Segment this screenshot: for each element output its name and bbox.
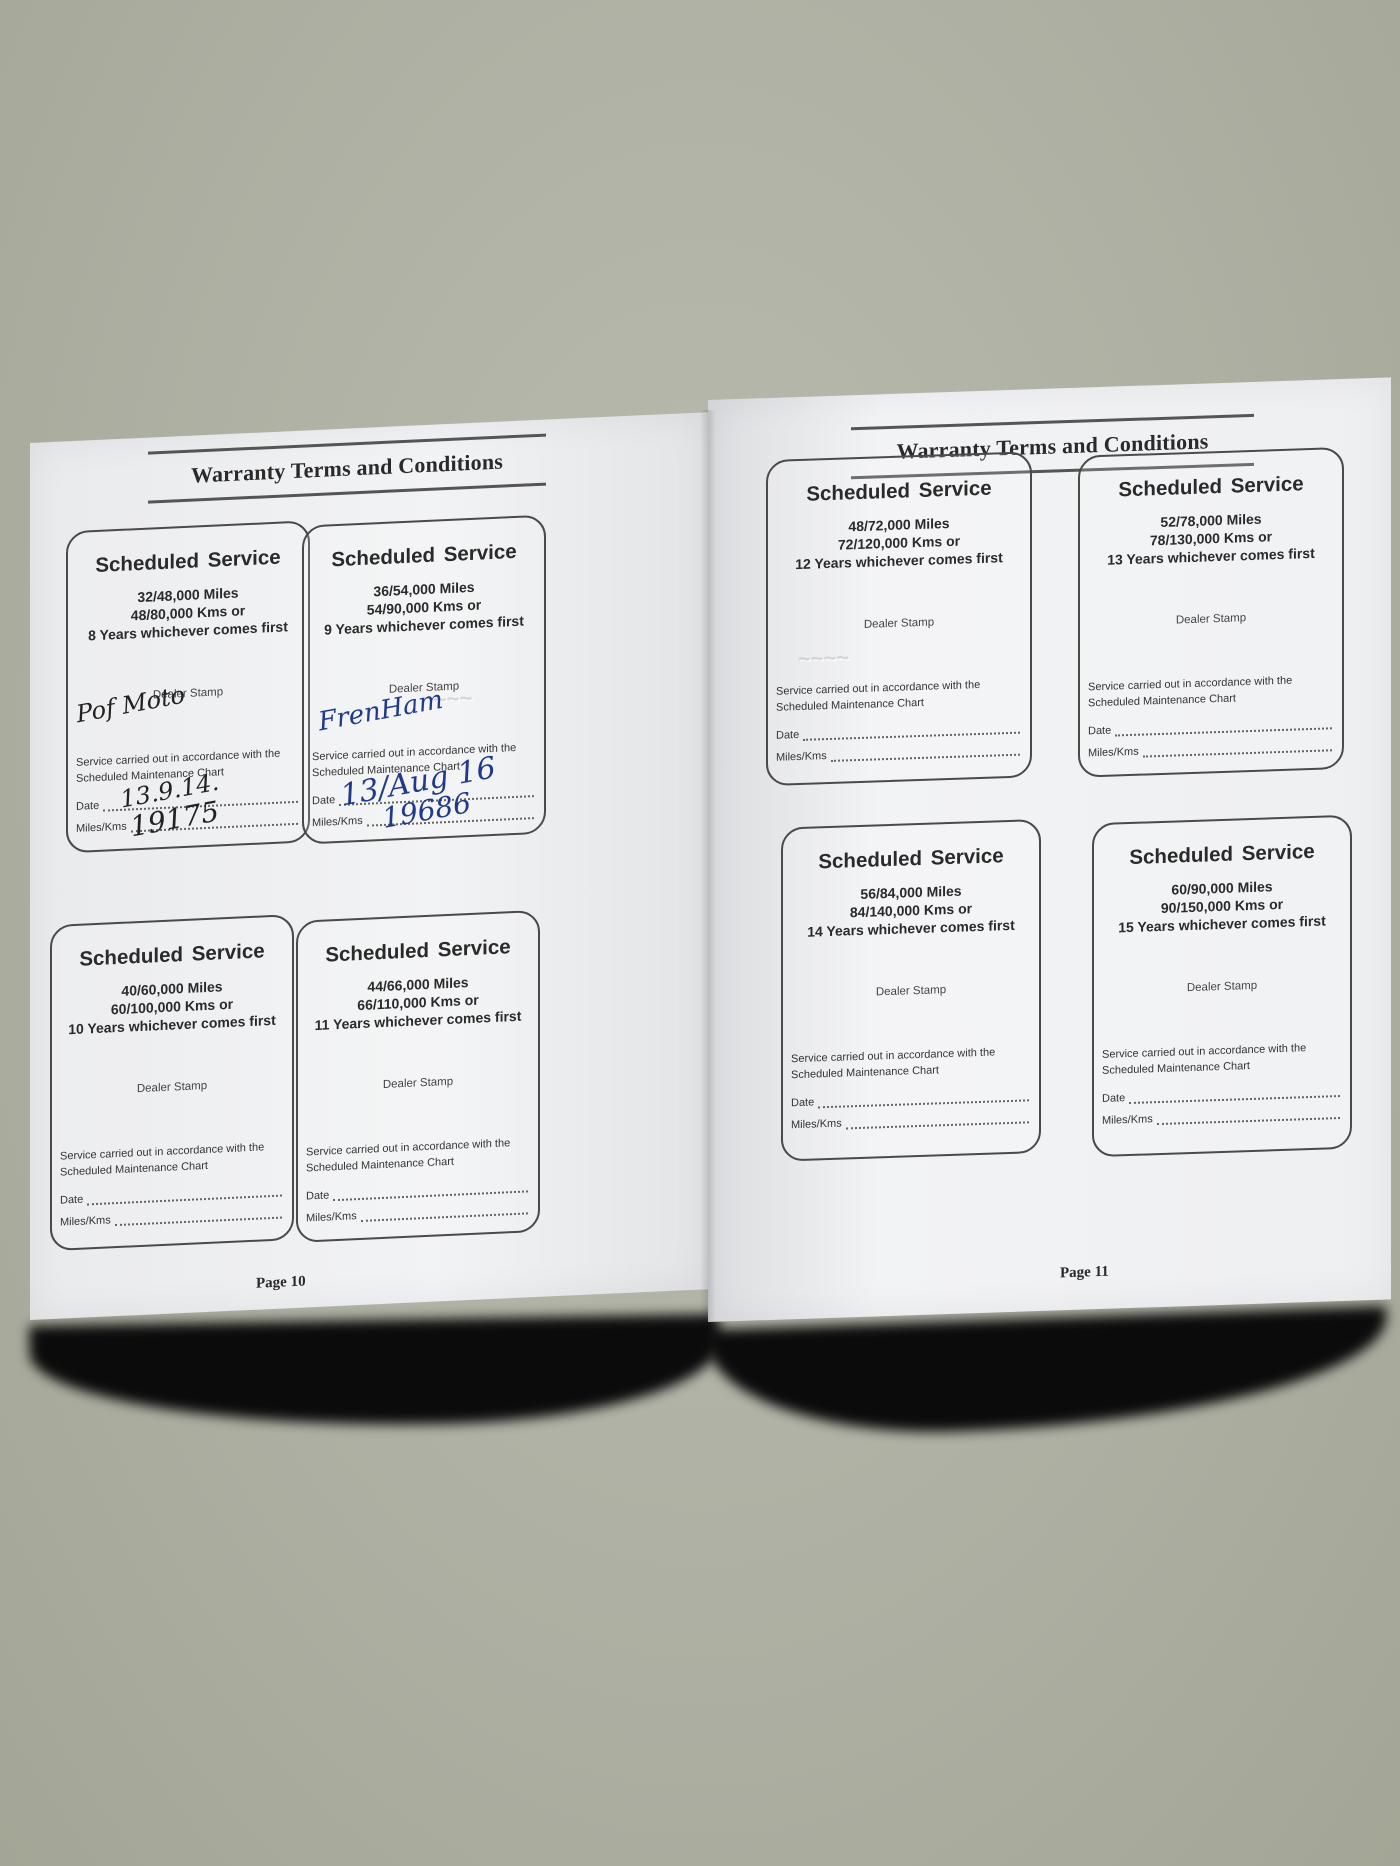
- service-note: Service carried out in accordance with t…: [306, 1134, 532, 1176]
- service-card: Scheduled Service 36/54,000 Miles 54/90,…: [302, 515, 546, 845]
- date-field[interactable]: Date: [776, 722, 1020, 742]
- service-card: Scheduled Service 44/66,000 Miles 66/110…: [296, 910, 540, 1243]
- card-title: Scheduled Service: [304, 539, 544, 574]
- miles-field[interactable]: Miles/Kms: [776, 744, 1020, 764]
- dealer-stamp-label: Dealer Stamp: [52, 1076, 292, 1099]
- date-label: Date: [776, 729, 799, 742]
- date-field[interactable]: Date: [60, 1185, 282, 1207]
- dealer-stamp-label: Dealer Stamp: [768, 613, 1030, 634]
- miles-field[interactable]: Miles/Kms: [791, 1111, 1029, 1131]
- service-card: Scheduled Service 56/84,000 Miles 84/140…: [781, 819, 1041, 1162]
- miles-field[interactable]: Miles/Kms: [60, 1207, 282, 1229]
- date-dotted-line: [803, 722, 1020, 741]
- card-title: Scheduled Service: [68, 544, 308, 579]
- date-field[interactable]: Date: [791, 1089, 1029, 1109]
- date-dotted-line: [1115, 717, 1332, 736]
- handwritten-stamp: Pof Moto: [75, 681, 187, 729]
- page-header: Warranty Terms and Conditions: [148, 434, 546, 504]
- date-label: Date: [1102, 1092, 1125, 1105]
- card-title: Scheduled Service: [1080, 471, 1342, 504]
- miles-dotted-line: [1157, 1107, 1340, 1125]
- service-card: Scheduled Service 52/78,000 Miles 78/130…: [1078, 447, 1344, 778]
- date-label: Date: [312, 794, 335, 807]
- miles-label: Miles/Kms: [1102, 1113, 1153, 1127]
- service-card: Scheduled Service 60/90,000 Miles 90/150…: [1092, 815, 1352, 1158]
- miles-dotted-line: [831, 744, 1020, 762]
- booklet-spine: [700, 410, 716, 1330]
- dealer-stamp-label: Dealer Stamp: [1094, 977, 1350, 997]
- miles-dotted-line: [1143, 739, 1332, 757]
- date-label: Date: [60, 1194, 83, 1207]
- service-note: Service carried out in accordance with t…: [791, 1043, 1033, 1083]
- miles-label: Miles/Kms: [306, 1210, 357, 1224]
- card-title: Scheduled Service: [1094, 839, 1350, 871]
- date-label: Date: [791, 1096, 814, 1109]
- card-title: Scheduled Service: [52, 938, 292, 973]
- miles-label: Miles/Kms: [776, 750, 827, 764]
- date-label: Date: [76, 800, 99, 813]
- date-label: Date: [1088, 725, 1111, 738]
- miles-label: Miles/Kms: [312, 815, 363, 829]
- miles-label: Miles/Kms: [60, 1214, 111, 1228]
- date-label: Date: [306, 1189, 329, 1202]
- miles-field[interactable]: Miles/Kms: [1088, 739, 1332, 759]
- card-title: Scheduled Service: [768, 475, 1030, 508]
- miles-field[interactable]: Miles/Kms: [1102, 1107, 1340, 1127]
- miles-dotted-line: [115, 1207, 282, 1227]
- date-dotted-line: [818, 1089, 1029, 1108]
- date-field[interactable]: Date: [1102, 1085, 1340, 1105]
- page-10: Warranty Terms and Conditions Scheduled …: [30, 412, 708, 1320]
- dealer-stamp-label: Dealer Stamp: [1080, 609, 1342, 630]
- date-field[interactable]: Date: [306, 1180, 528, 1202]
- miles-dotted-line: [361, 1202, 528, 1222]
- service-card: Scheduled Service 32/48,000 Miles 48/80,…: [66, 520, 310, 853]
- booklet-shadow-right: [706, 1306, 1389, 1440]
- miles-label: Miles/Kms: [1088, 746, 1139, 760]
- service-note: Service carried out in accordance with t…: [60, 1138, 286, 1180]
- miles-field[interactable]: Miles/Kms: [306, 1202, 528, 1224]
- service-card: Scheduled Service 48/72,000 Miles 72/120…: [766, 451, 1032, 786]
- page-11: Warranty Terms and Conditions Scheduled …: [708, 377, 1391, 1322]
- service-note: Service carried out in accordance with t…: [1088, 671, 1336, 711]
- embossed-stamp-mark: ~~~~: [798, 645, 849, 673]
- page-number: Page 11: [1060, 1264, 1109, 1283]
- photo-scene: Warranty Terms and Conditions Scheduled …: [0, 0, 1400, 1866]
- date-field[interactable]: Date: [1088, 717, 1332, 737]
- booklet-shadow-left: [29, 1314, 721, 1431]
- dealer-stamp-label: Dealer Stamp: [783, 981, 1039, 1001]
- page-number: Page 10: [256, 1273, 306, 1292]
- miles-dotted-line: [846, 1111, 1029, 1129]
- dealer-stamp-label: Dealer Stamp: [298, 1072, 538, 1095]
- card-title: Scheduled Service: [783, 843, 1039, 875]
- date-dotted-line: [87, 1185, 282, 1206]
- card-title: Scheduled Service: [298, 934, 538, 969]
- date-dotted-line: [1129, 1085, 1340, 1104]
- miles-label: Miles/Kms: [791, 1118, 842, 1132]
- service-card: Scheduled Service 40/60,000 Miles 60/100…: [50, 914, 294, 1251]
- service-note: Service carried out in accordance with t…: [776, 676, 1024, 716]
- miles-label: Miles/Kms: [76, 821, 127, 835]
- date-dotted-line: [333, 1180, 528, 1201]
- service-note: Service carried out in accordance with t…: [1102, 1039, 1344, 1079]
